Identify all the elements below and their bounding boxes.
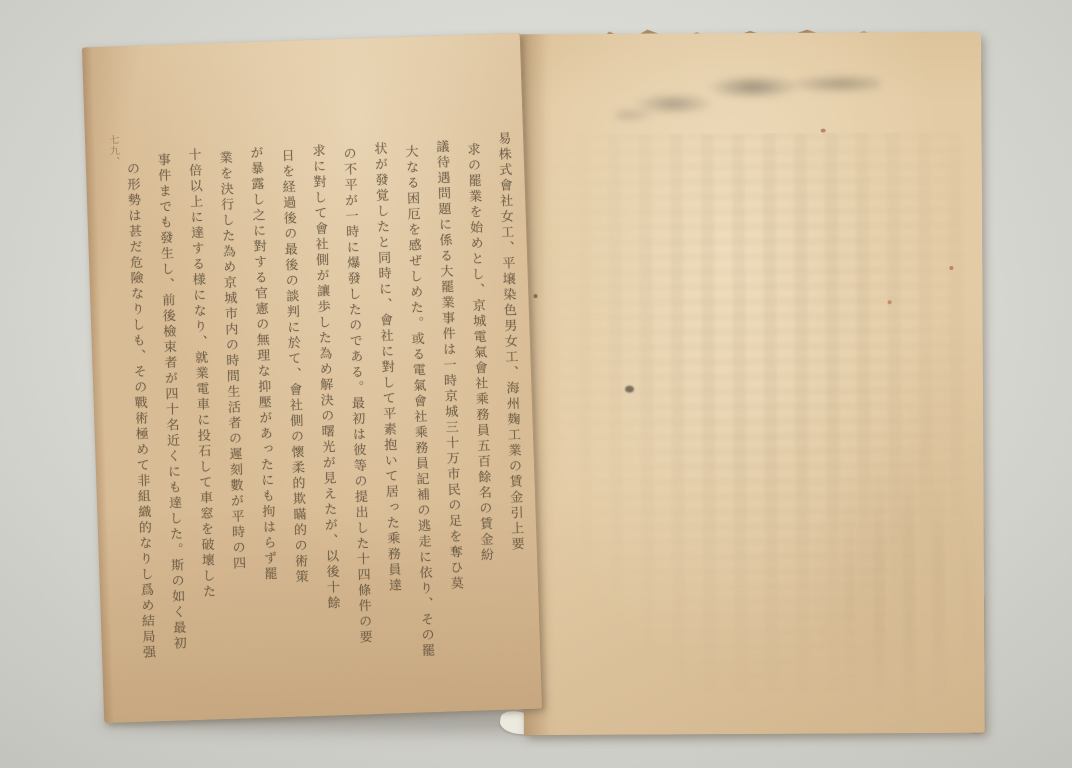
- text-column: の形勢は甚だ危險なりしも、その戰術極めて非組織的なりし爲め結局强: [124, 162, 158, 738]
- text-column: 事件までも發生し、前後檢束者が四十名近くにも達した。斯の如く最初: [154, 153, 188, 737]
- right-page: [520, 32, 985, 735]
- stain-speck: [949, 266, 953, 270]
- text-column: 議待遇問題に係る大罷業事件は一時京城三十万市民の足を奪ひ莫: [433, 139, 467, 727]
- stain-speck: [888, 300, 892, 304]
- text-column: 状が發覚したと同時に、會社に對して平素抱いて居った乘務員達: [371, 141, 405, 729]
- text-column: の不平が一時に爆發したのである。最初は彼等の提出した十四條件の要: [340, 146, 374, 730]
- stain-speck: [534, 294, 538, 298]
- photograph-of-open-manuscript: 七九、 易株式會社女工、平壌染色男女工、海州麹工業の賃金引上要求の罷業を始めとし…: [0, 0, 1072, 768]
- ink-smudge: [615, 64, 880, 120]
- text-column: 大なる困厄を感ぜしめた。或る電氣會社乘務員記補の逃走に依り、その罷: [402, 144, 436, 728]
- text-column: 求の罷業を始めとし、京城電氣會社乘務員五百餘名の賃金紛: [464, 142, 498, 726]
- show-through-text: [812, 452, 983, 713]
- text-column: が暴露し之に對する官憲の無理な抑壓があったにも拘はらず罷: [247, 146, 281, 734]
- left-page: 七九、 易株式會社女工、平壌染色男女工、海州麹工業の賃金引上要求の罷業を始めとし…: [82, 33, 543, 723]
- text-column: 求に對して會社側が讓歩した為め解決の曙光が見えたが、以後十餘: [309, 143, 343, 731]
- text-column: 日を経過後の最後の談判に於て、會社側の懷柔的欺瞞的の術策: [278, 149, 312, 733]
- stain-speck: [625, 386, 634, 393]
- text-column: 十倍以上に達する様になり、就業電車に投石して車窓を破壞した: [185, 148, 219, 736]
- manuscript-text: 易株式會社女工、平壌染色男女工、海州麹工業の賃金引上要求の罷業を始めとし、京城電…: [107, 137, 529, 738]
- stain-speck: [821, 129, 826, 133]
- text-column: 易株式會社女工、平壌染色男女工、海州麹工業の賃金引上要: [495, 131, 530, 725]
- text-column: 業を決行した為め京城市内の時間生活者の遲刻數が平時の四: [216, 151, 250, 735]
